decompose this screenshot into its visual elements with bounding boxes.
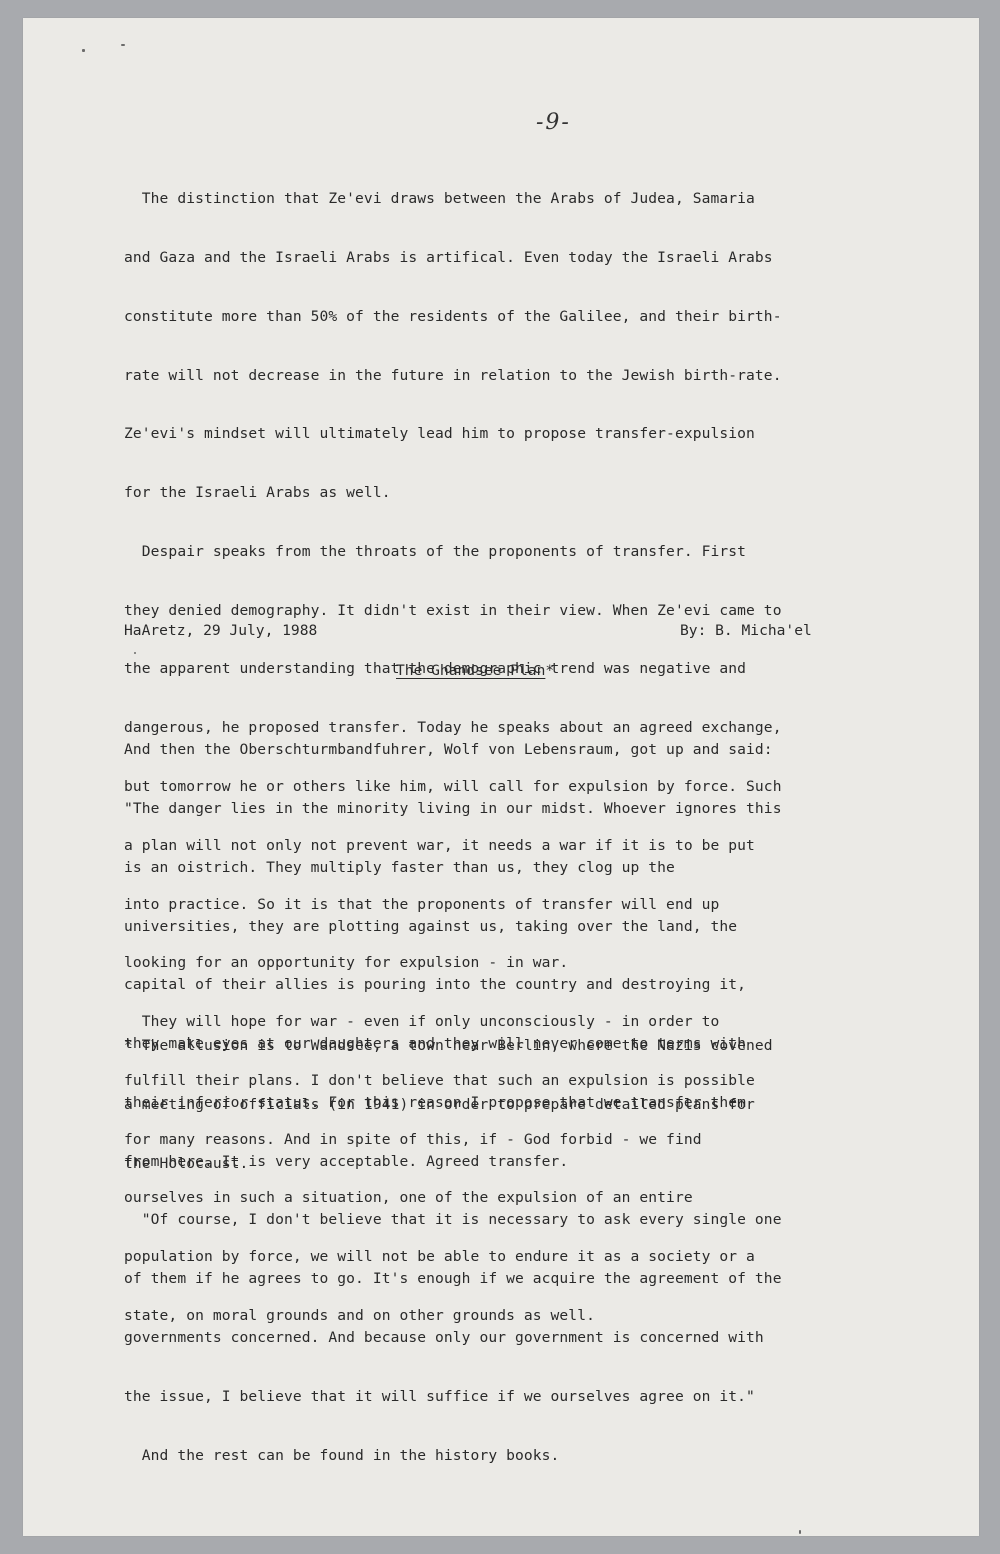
- text-line: and Gaza and the Israeli Arabs is artifi…: [124, 248, 864, 268]
- text-line: a meeting of officials (in 1941) in orde…: [124, 1095, 864, 1115]
- text-line: is an oistrich. They multiply faster tha…: [124, 858, 864, 878]
- text-line: universities, they are plotting against …: [124, 917, 864, 937]
- article-source-date: HaAretz, 29 July, 1988: [124, 622, 317, 639]
- text-line: the issue, I believe that it will suffic…: [124, 1387, 864, 1407]
- text-line: "Of course, I don't believe that it is n…: [124, 1210, 864, 1230]
- text-line: Despair speaks from the throats of the p…: [124, 542, 864, 562]
- paper-speck: [799, 1530, 801, 1534]
- article-byline: By: B. Micha'el: [680, 622, 812, 639]
- paper-speck: [82, 49, 85, 52]
- text-line: they denied demography. It didn't exist …: [124, 601, 864, 621]
- text-line: rate will not decrease in the future in …: [124, 366, 864, 386]
- text-line: And then the Oberschturmbandfuhrer, Wolf…: [124, 740, 864, 760]
- text-line: capital of their allies is pouring into …: [124, 975, 864, 995]
- footnote: * The allusion is to Wandsee, a town nea…: [124, 997, 864, 1193]
- text-line: "The danger lies in the minority living …: [124, 799, 864, 819]
- footnote-marker: *: [545, 662, 554, 679]
- text-line: of them if he agrees to go. It's enough …: [124, 1269, 864, 1289]
- text-line: Ze'evi's mindset will ultimately lead hi…: [124, 424, 864, 444]
- text-line: * The allusion is to Wandsee, a town nea…: [124, 1036, 864, 1056]
- text-line: the Holocaust.: [124, 1154, 864, 1174]
- text-line: governments concerned. And because only …: [124, 1328, 864, 1348]
- text-line: And the rest can be found in the history…: [124, 1446, 864, 1466]
- text-line: for the Israeli Arabs as well.: [124, 483, 864, 503]
- page-number: -9-: [536, 110, 571, 135]
- text-line: constitute more than 50% of the resident…: [124, 307, 864, 327]
- text-line: The distinction that Ze'evi draws betwee…: [124, 189, 864, 209]
- article-title-text: The Ghandsee Plan: [396, 662, 545, 679]
- article-title: The Ghandsee Plan*: [396, 662, 554, 679]
- paper-speck: [121, 44, 125, 46]
